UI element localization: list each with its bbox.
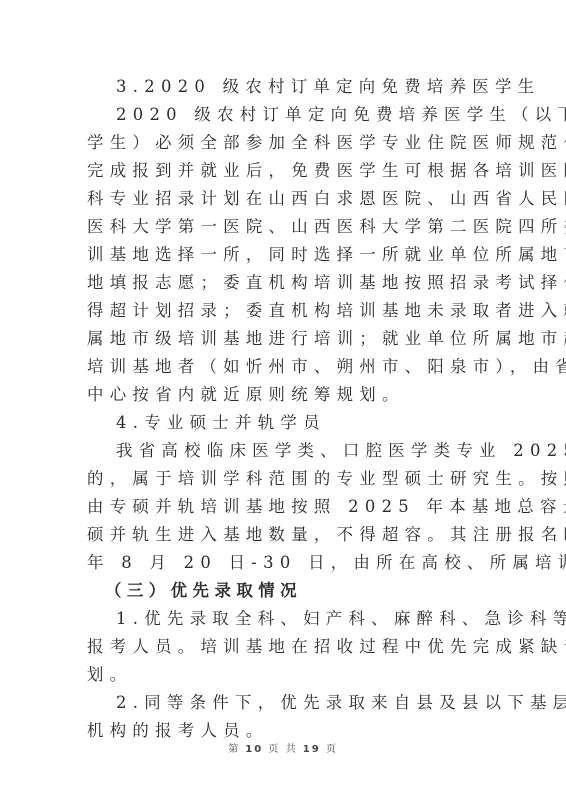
paragraph-line: 科专业招录计划在山西白求恩医院、山西省人民医院、山西	[87, 185, 483, 213]
paragraph-line: 中心按省内就近原则统筹规划。	[87, 381, 483, 409]
paragraph-line: 1.优先录取全科、妇产科、麻醉科、急诊科等紧缺专业	[87, 605, 483, 633]
footer-mid: 页 共	[268, 744, 297, 755]
section-heading-4: 4.专业硕士并轨学员	[87, 409, 483, 437]
paragraph-line: 报考人员。培训基地在招收过程中优先完成紧缺专业招收计	[87, 633, 483, 661]
current-page-number: 10	[245, 744, 263, 755]
paragraph-line: 我省高校临床医学类、口腔医学类专业 2025 年即将入学	[87, 437, 483, 465]
section-heading-3: 3.2020 级农村订单定向免费培养医学生	[87, 73, 483, 101]
paragraph-line: 2.同等条件下，优先录取来自县及县以下基层医疗卫生	[87, 689, 483, 717]
footer-suffix: 页	[326, 744, 338, 755]
paragraph-line: 硕并轨生进入基地数量，不得超容。其注册报名时间为 2025	[87, 521, 483, 549]
paragraph-line: 2020 级农村订单定向免费培养医学生（以下简称免费医	[87, 101, 483, 129]
paragraph-line: 划。	[87, 661, 483, 689]
document-page: 3.2020 级农村订单定向免费培养医学生 2020 级农村订单定向免费培养医学…	[0, 0, 566, 800]
paragraph-line: 学生）必须全部参加全科医学专业住院医师规范化培训。在	[87, 129, 483, 157]
paragraph-line: 得超计划招录；委直机构培训基地未录取者进入就业单位所	[87, 297, 483, 325]
page-content: 3.2020 级农村订单定向免费培养医学生 2020 级农村订单定向免费培养医学…	[87, 73, 483, 745]
paragraph-line: 地填报志愿；委直机构培训基地按照招录考试择优录取，不	[87, 269, 483, 297]
paragraph-line: 医科大学第一医院、山西医科大学第二医院四所委直机构培	[87, 213, 483, 241]
paragraph-line: 训基地选择一所，同时选择一所就业单位所属地市级培训基	[87, 241, 483, 269]
page-footer: 第 10 页 共 19 页	[0, 740, 566, 755]
paragraph-line: 由专硕并轨培训基地按照 2025 年本基地总容量合理统筹专	[87, 493, 483, 521]
footer-prefix: 第	[228, 744, 240, 755]
section-heading-priority: （三）优先录取情况	[87, 577, 483, 605]
paragraph-line: 的，属于培训学科范围的专业型硕士研究生。按照招录计划	[87, 465, 483, 493]
paragraph-line: 年 8 月 20 日-30 日，由所在高校、所属培训基地共同组织。	[87, 549, 483, 577]
paragraph-line: 完成报到并就业后，免费医学生可根据各培训医院公布的全	[87, 157, 483, 185]
paragraph-line: 培训基地者（如忻州市、朔州市、阳泉市），由省住培管理	[87, 353, 483, 381]
paragraph-line: 属地市级培训基地进行培训；就业单位所属地市超计划或无	[87, 325, 483, 353]
total-pages-number: 19	[303, 744, 321, 755]
